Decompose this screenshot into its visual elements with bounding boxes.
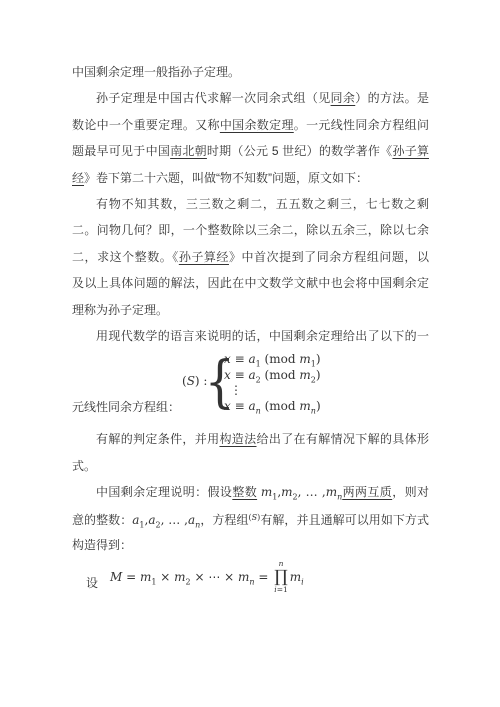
product-operator: n ∏ i=1 xyxy=(274,560,288,594)
text-line: 理称为孙子定理。 xyxy=(72,297,429,323)
text-segment: 有解的判定条件，并用 xyxy=(96,432,219,446)
text-segment: 用现代数学的语言来说明的话，中国剩余定理给出了以下的一 xyxy=(96,329,429,343)
link[interactable]: 构造法 xyxy=(219,432,256,446)
mid-margin xyxy=(72,417,429,426)
text-segment: 》卷下第二十六题，叫做“物不知数”问题，原文如下： xyxy=(84,171,368,185)
text-segment: 二，求这个整数。《 xyxy=(72,250,179,264)
text-segment: 。一元线性同余方程组问 xyxy=(294,118,429,132)
congruence-system-formula: 元线性同余方程组： (S) : { x ≡ a1 (mod m1)x ≡ a2 … xyxy=(72,349,429,417)
top-margin xyxy=(72,0,429,59)
text-segment: 中国剩余定理说明：假设 xyxy=(96,485,232,499)
text-line: 及以上具体问题的解法，因此在中文数学文献中也会将中国剩余定 xyxy=(72,270,429,296)
text-segment: 理称为孙子定理。 xyxy=(72,303,168,317)
link[interactable]: 两两互质 xyxy=(342,485,392,499)
text-segment: 中国剩余定理一般指孙子定理。 xyxy=(72,65,240,79)
link[interactable]: 孙子算 xyxy=(392,144,429,158)
product-symbol-icon: ∏ xyxy=(274,568,288,586)
formula-body: M = m1 × m2 × ⋯ × mn = xyxy=(110,570,272,584)
formula-tail: mi xyxy=(290,570,304,584)
text-line: 二。问物几何？即，一个整数除以三余二，除以五余三，除以七余 xyxy=(72,217,429,243)
text-segment: (S) xyxy=(249,513,261,522)
link[interactable]: 孙子算经 xyxy=(179,250,229,264)
link[interactable]: 同余 xyxy=(331,91,356,105)
formula-left-text: 元线性同余方程组： xyxy=(72,400,180,414)
text-line: 中国剩余定理一般指孙子定理。 xyxy=(72,59,429,85)
text-segment: 意的整数： xyxy=(72,513,132,527)
text-segment: 时期（公元 5 世纪）的数学著作《 xyxy=(207,144,393,158)
equation-row: x ≡ a1 (mod m1) xyxy=(224,352,321,368)
text-line: 数论中一个重要定理。又称中国余数定理。一元线性同余方程组问 xyxy=(72,112,429,138)
text-segment: 题最早可见于中国 xyxy=(72,144,170,158)
text-segment: m1,m2, … ,mn xyxy=(261,485,342,499)
text-segment: 》中首次提到了同余方程组问题，以 xyxy=(229,250,429,264)
text-segment: 二。问物几何？即，一个整数除以三余二，除以五余三，除以七余 xyxy=(72,223,429,237)
paragraphs-bottom: 有解的判定条件，并用构造法给出了在有解情况下解的具体形式。中国剩余定理说明：假设… xyxy=(72,426,429,558)
text-segment: a1,a2, … ,an xyxy=(132,513,200,527)
text-segment: ）的方法。是 xyxy=(355,91,429,105)
link[interactable]: 中国余数定理 xyxy=(220,118,294,132)
text-segment: 构造得到： xyxy=(72,538,132,552)
system-name: (S) : xyxy=(182,373,207,389)
text-segment: 有解，并且通解可以用如下方式 xyxy=(260,513,429,527)
text-segment: ，方程组 xyxy=(200,513,248,527)
equation-row: x ≡ a2 (mod m2) xyxy=(224,368,321,384)
text-segment: 数论中一个重要定理。又称 xyxy=(72,118,220,132)
paragraphs-top: 中国剩余定理一般指孙子定理。孙子定理是中国古代求解一次同余式组（见同余）的方法。… xyxy=(72,59,429,349)
link[interactable]: 南北朝 xyxy=(170,144,207,158)
link[interactable]: 整数 xyxy=(232,485,257,499)
text-line: 式。 xyxy=(72,453,429,479)
equation-list: x ≡ a1 (mod m1)x ≡ a2 (mod m2)⋮x ≡ an (m… xyxy=(224,352,321,414)
text-line: 意的整数：a1,a2, … ,an，方程组(S)有解，并且通解可以用如下方式 xyxy=(72,505,429,531)
product-formula: 设 M = m1 × m2 × ⋯ × mn = n ∏ i=1 mi xyxy=(72,558,429,596)
text-segment: 及以上具体问题的解法，因此在中文数学文献中也会将中国剩余定 xyxy=(72,276,429,290)
formula-prefix: 设 xyxy=(86,574,98,591)
formula-row: M = m1 × m2 × ⋯ × mn = n ∏ i=1 mi xyxy=(110,558,304,596)
text-line: 构造得到： xyxy=(72,532,429,558)
text-segment: 孙子定理是中国古代求解一次同余式组（见 xyxy=(96,91,331,105)
equation-row: x ≡ an (mod mn) xyxy=(224,399,321,415)
text-segment: 给出了在有解情况下解的具体形 xyxy=(257,432,429,446)
text-line: 有解的判定条件，并用构造法给出了在有解情况下解的具体形 xyxy=(72,426,429,452)
link[interactable]: 经 xyxy=(72,171,84,185)
document-page: 中国剩余定理一般指孙子定理。孙子定理是中国古代求解一次同余式组（见同余）的方法。… xyxy=(0,0,500,707)
text-segment: 有物不知其数，三三数之剩二，五五数之剩三，七七数之剩 xyxy=(96,197,429,211)
text-line: 题最早可见于中国南北朝时期（公元 5 世纪）的数学著作《孙子算 xyxy=(72,138,429,164)
text-line: 经》卷下第二十六题，叫做“物不知数”问题，原文如下： xyxy=(72,165,429,191)
text-line: 中国剩余定理说明：假设整数 m1,m2, … ,mn两两互质，则对任 xyxy=(72,479,429,505)
text-line: 孙子定理是中国古代求解一次同余式组（见同余）的方法。是 xyxy=(72,85,429,111)
text-line: 二，求这个整数。《孙子算经》中首次提到了同余方程组问题，以 xyxy=(72,244,429,270)
text-line: 有物不知其数，三三数之剩二，五五数之剩三，七七数之剩 xyxy=(72,191,429,217)
product-lower-limit: i=1 xyxy=(274,586,287,594)
text-line: 用现代数学的语言来说明的话，中国剩余定理给出了以下的一 xyxy=(72,323,429,349)
article-body: 中国剩余定理一般指孙子定理。孙子定理是中国古代求解一次同余式组（见同余）的方法。… xyxy=(72,0,429,596)
equation-row: ⋮ xyxy=(224,383,321,399)
text-segment: 式。 xyxy=(72,459,96,473)
